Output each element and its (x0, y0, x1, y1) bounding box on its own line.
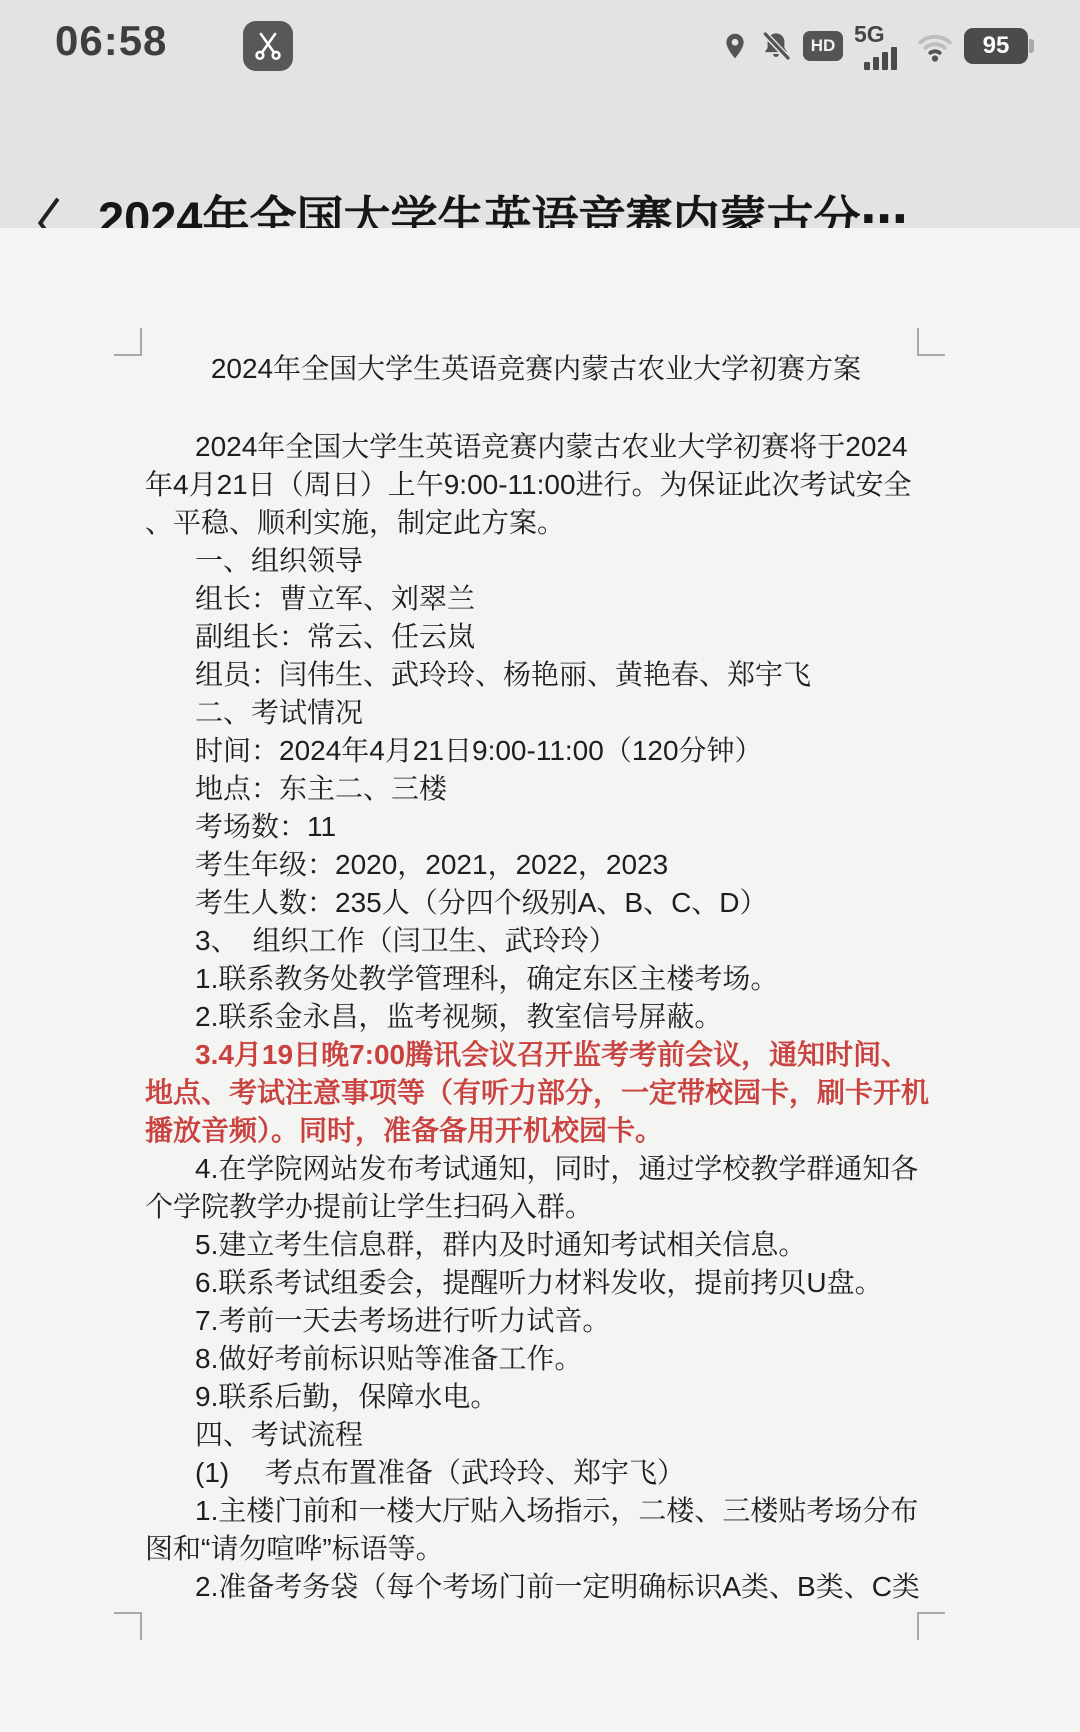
doc-line: 9.联系后勤，保障水电。 (145, 1378, 927, 1416)
wifi-icon (917, 30, 953, 63)
doc-line: 一、组织领导 (145, 542, 927, 580)
document-body: 2024年全国大学生英语竞赛内蒙古农业大学初赛方案 2024年全国大学生英语竞赛… (145, 350, 927, 1606)
doc-line-highlighted: 3.4月19日晚7:00腾讯会议召开监考考前会议，通知时间、 (145, 1036, 927, 1074)
blank-line (145, 388, 927, 428)
doc-line: 2.准备考务袋（每个考场门前一定明确标识A类、B类、C类 (145, 1568, 927, 1606)
doc-line: 1.主楼门前和一楼大厅贴入场指示，二楼、三楼贴考场分布 (145, 1492, 927, 1530)
location-pin-icon (721, 30, 749, 62)
doc-line: 4.在学院网站发布考试通知，同时，通过学校教学群通知各 (145, 1150, 927, 1188)
app-header: 2024年全国大学生英语竞赛内蒙古分⋯ 文件预览 (0, 90, 1080, 228)
doc-line: (1) 考点布置准备（武玲玲、郑宇飞） (145, 1454, 927, 1492)
document-title: 2024年全国大学生英语竞赛内蒙古农业大学初赛方案 (145, 350, 927, 388)
battery-icon: 95 (964, 28, 1028, 64)
doc-line: 四、考试流程 (145, 1416, 927, 1454)
screenshot-scissors-icon (243, 21, 293, 71)
doc-line: 个学院教学办提前让学生扫码入群。 (145, 1188, 927, 1226)
doc-line: 考场数：11 (145, 808, 927, 846)
doc-line-highlighted: 地点、考试注意事项等（有听力部分，一定带校园卡，刷卡开机 (145, 1074, 927, 1112)
hd-icon: HD (803, 31, 843, 61)
document-preview[interactable]: 2024年全国大学生英语竞赛内蒙古农业大学初赛方案 2024年全国大学生英语竞赛… (0, 228, 1080, 1732)
doc-line: 组员：闫伟生、武玲玲、杨艳丽、黄艳春、郑宇飞 (145, 656, 927, 694)
battery-percent: 95 (983, 32, 1010, 60)
doc-line-highlighted: 播放音频）。同时，准备备用开机校园卡。 (145, 1112, 927, 1150)
doc-line: 1.联系教务处教学管理科，确定东区主楼考场。 (145, 960, 927, 998)
page-corner-mark-top-left (114, 328, 142, 356)
cellular-5g-icon: 5G (854, 23, 906, 70)
doc-line: 考生年级：2020，2021，2022，2023 (145, 846, 927, 884)
top-chrome: 06:58 (0, 0, 1080, 228)
doc-line: 地点：东主二、三楼 (145, 770, 927, 808)
page-corner-mark-bottom-left (114, 1612, 142, 1640)
doc-line: 年4月21日（周日）上午9:00-11:00进行。为保证此次考试安全 (145, 466, 927, 504)
status-icons: HD 5G 95 (721, 20, 1028, 72)
doc-line: 2.联系金永昌，监考视频，教室信号屏蔽。 (145, 998, 927, 1036)
doc-line: 时间：2024年4月21日9:00-11:00（120分钟） (145, 732, 927, 770)
doc-line: 7.考前一天去考场进行听力试音。 (145, 1302, 927, 1340)
doc-line: 5.建立考生信息群，群内及时通知考试相关信息。 (145, 1226, 927, 1264)
doc-line: 3、 组织工作（闫卫生、武玲玲） (145, 922, 927, 960)
network-type-label: 5G (854, 23, 885, 45)
doc-line: 、平稳、顺利实施，制定此方案。 (145, 504, 927, 542)
status-bar: 06:58 (0, 0, 1080, 90)
doc-line: 考生人数：235人（分四个级别A、B、C、D） (145, 884, 927, 922)
doc-line: 图和“请勿喧哗”标语等。 (145, 1530, 927, 1568)
clock-time: 06:58 (55, 17, 167, 65)
page-corner-mark-bottom-right (917, 1612, 945, 1640)
signal-bars-icon (864, 47, 897, 70)
doc-line: 组长：曹立军、刘翠兰 (145, 580, 927, 618)
document-lines: 2024年全国大学生英语竞赛内蒙古农业大学初赛将于2024年4月21日（周日）上… (145, 428, 927, 1606)
doc-line: 8.做好考前标识贴等准备工作。 (145, 1340, 927, 1378)
bell-muted-icon (760, 30, 792, 62)
doc-line: 二、考试情况 (145, 694, 927, 732)
doc-line: 6.联系考试组委会，提醒听力材料发收，提前拷贝U盘。 (145, 1264, 927, 1302)
doc-line: 副组长：常云、任云岚 (145, 618, 927, 656)
doc-line: 2024年全国大学生英语竞赛内蒙古农业大学初赛将于2024 (145, 428, 927, 466)
